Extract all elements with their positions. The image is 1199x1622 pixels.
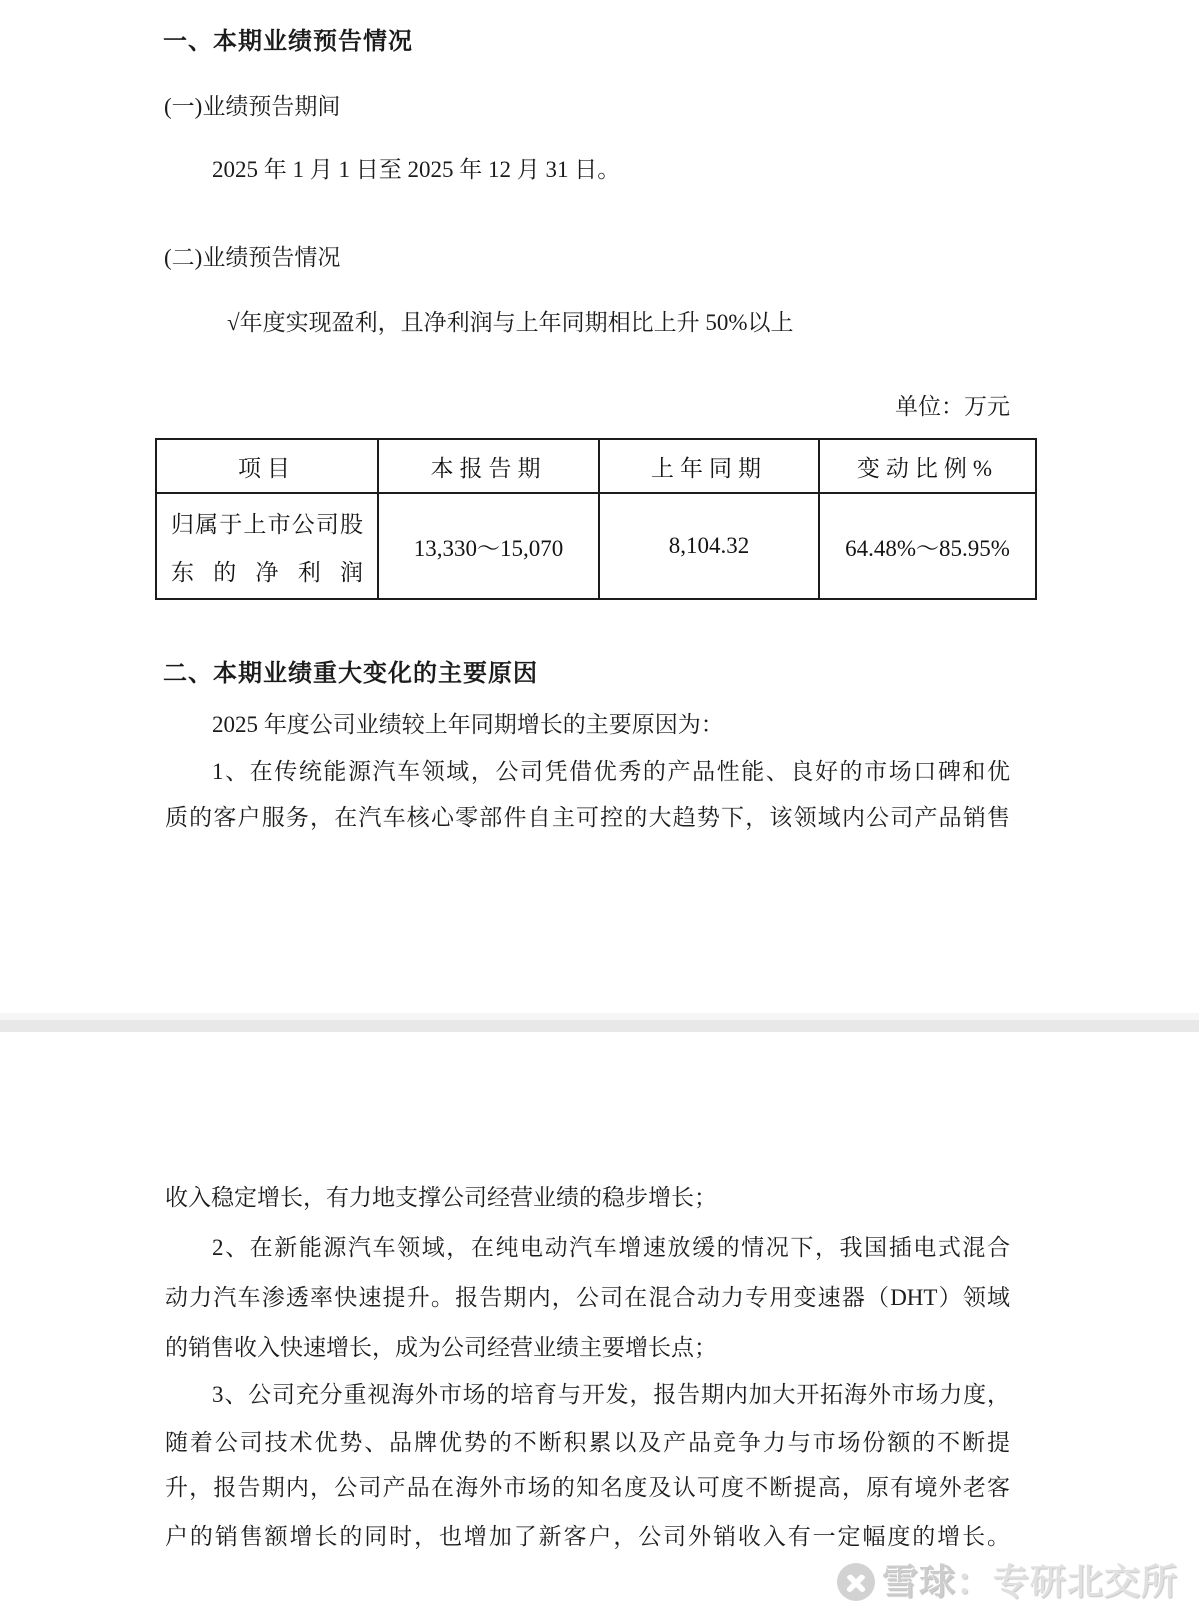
paragraph-line: 2、在新能源汽车领域，在纯电动汽车增速放缓的情况下，我国插电式混合: [165, 1232, 1010, 1264]
table-cell-current-period: 13,330～15,070: [378, 493, 599, 599]
paragraph-line: 随着公司技术优势、品牌优势的不断积累以及产品竞争力与市场份额的不断提: [165, 1427, 1010, 1459]
watermark-account-name: ：专研北交所: [956, 1561, 1178, 1602]
table-header-item: 项目: [156, 439, 378, 493]
unit-note: 单位：万元: [155, 392, 1010, 422]
xueqiu-logo-icon: [836, 1562, 876, 1602]
table-header-current-period: 本报告期: [378, 439, 599, 493]
table-header-prior-year: 上年同期: [599, 439, 819, 493]
section1-sub1-heading: (一)业绩预告期间: [164, 91, 340, 123]
page-separator-highlight: [0, 1013, 1199, 1020]
paragraph-line: 收入稳定增长，有力地支撑公司经营业绩的稳步增长；: [165, 1182, 1010, 1214]
watermark-text: 雪球：专研北交所: [882, 1562, 1178, 1602]
paragraph-line: 户的销售额增长的同时，也增加了新客户，公司外销收入有一定幅度的增长。: [165, 1521, 1010, 1553]
paragraph-line: 动力汽车渗透率快速提升。报告期内，公司在混合动力专用变速器（DHT）领域: [165, 1282, 1010, 1314]
table-header-row: 项目 本报告期 上年同期 变动比例%: [156, 439, 1036, 493]
paragraph-line: 3、公司充分重视海外市场的培育与开发，报告期内加大开拓海外市场力度，: [165, 1379, 1010, 1411]
table-row: 归属于上市公司股东的净利润 13,330～15,070 8,104.32 64.…: [156, 493, 1036, 599]
watermark: 雪球：专研北交所: [836, 1556, 1196, 1608]
table-cell-item: 归属于上市公司股东的净利润: [156, 493, 378, 599]
announcement-document-page: 一、本期业绩预告情况 (一)业绩预告期间 2025 年 1 月 1 日至 202…: [0, 0, 1199, 1622]
table-header-change-ratio: 变动比例%: [819, 439, 1036, 493]
forecast-period-text: 2025 年 1 月 1 日至 2025 年 12 月 31 日。: [212, 154, 620, 186]
section1-heading: 一、本期业绩预告情况: [163, 26, 413, 58]
section1-sub2-heading: (二)业绩预告情况: [164, 242, 340, 274]
forecast-table: 项目 本报告期 上年同期 变动比例% 归属于上市公司股东的净利润 13,330～…: [155, 438, 1037, 600]
table-cell-prior-year: 8,104.32: [599, 493, 819, 599]
forecast-statement: √年度实现盈利，且净利润与上年同期相比上升 50%以上: [227, 307, 794, 339]
table-cell-change-ratio: 64.48%～85.95%: [819, 493, 1036, 599]
section2-heading: 二、本期业绩重大变化的主要原因: [163, 658, 538, 690]
paragraph-line: 质的客户服务，在汽车核心零部件自主可控的大趋势下，该领域内公司产品销售: [165, 802, 1010, 834]
page-separator-band: [0, 1020, 1199, 1032]
section2-intro-line: 2025 年度公司业绩较上年同期增长的主要原因为：: [165, 709, 1010, 741]
paragraph-line: 的销售收入快速增长，成为公司经营业绩主要增长点；: [165, 1332, 1010, 1364]
watermark-site-name: 雪球: [882, 1561, 956, 1602]
paragraph-line: 1、在传统能源汽车领域，公司凭借优秀的产品性能、良好的市场口碑和优: [165, 756, 1010, 788]
paragraph-line: 升，报告期内，公司产品在海外市场的知名度及认可度不断提高，原有境外老客: [165, 1472, 1010, 1504]
